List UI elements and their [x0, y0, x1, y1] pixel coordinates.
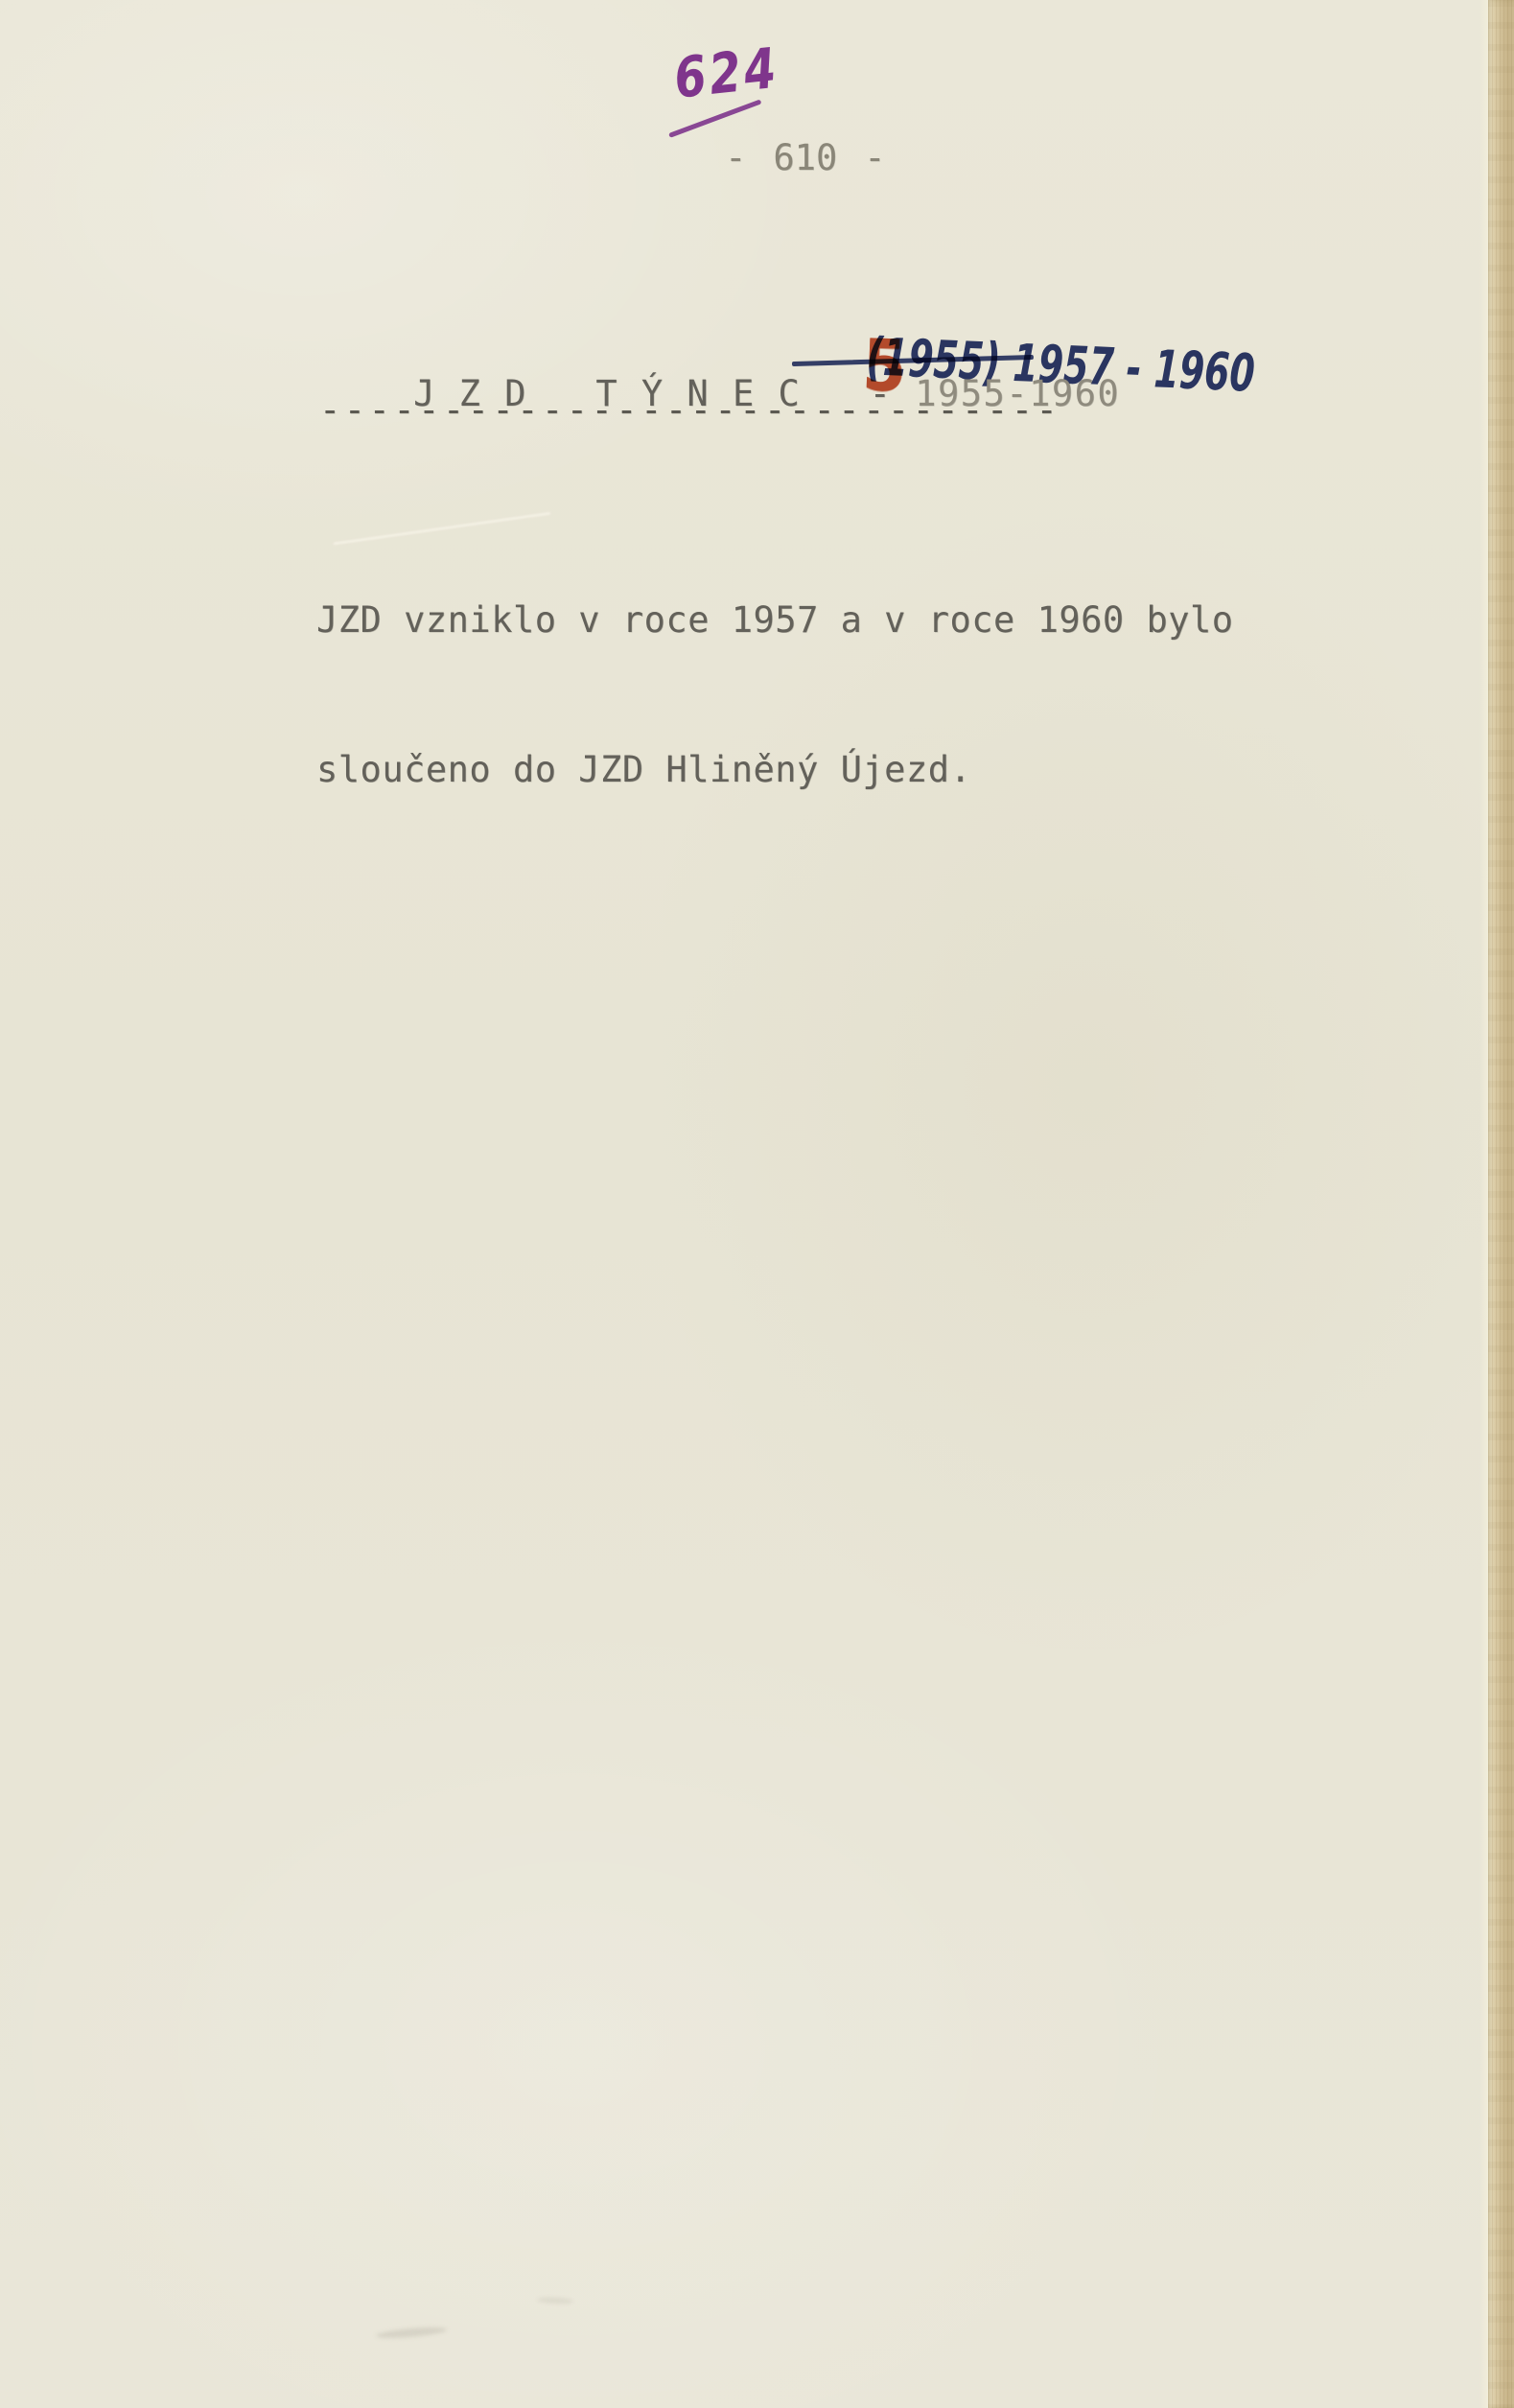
- body-line-1: JZD vzniklo v roce 1957 a v roce 1960 by…: [316, 596, 1234, 645]
- body-line-2: sloučeno do JZD Hliněný Újezd.: [316, 745, 1234, 795]
- old-page-number-left-dash: -: [725, 137, 746, 178]
- page-edge-band: [1488, 0, 1514, 2408]
- heading-underline: ------------------------------: [319, 389, 1060, 431]
- body-paragraph: JZD vzniklo v roce 1957 a v roce 1960 by…: [316, 496, 1234, 895]
- old-page-number: -610-: [640, 96, 886, 220]
- document-page: 624 -610- (1955) 1957 - 1960 J Z D T Ý N…: [0, 0, 1514, 2408]
- old-page-number-right-dash: -: [864, 137, 885, 178]
- old-page-number-value: 610: [773, 137, 837, 178]
- paper-smudge: [376, 2326, 448, 2340]
- paper-smudge: [537, 2297, 573, 2304]
